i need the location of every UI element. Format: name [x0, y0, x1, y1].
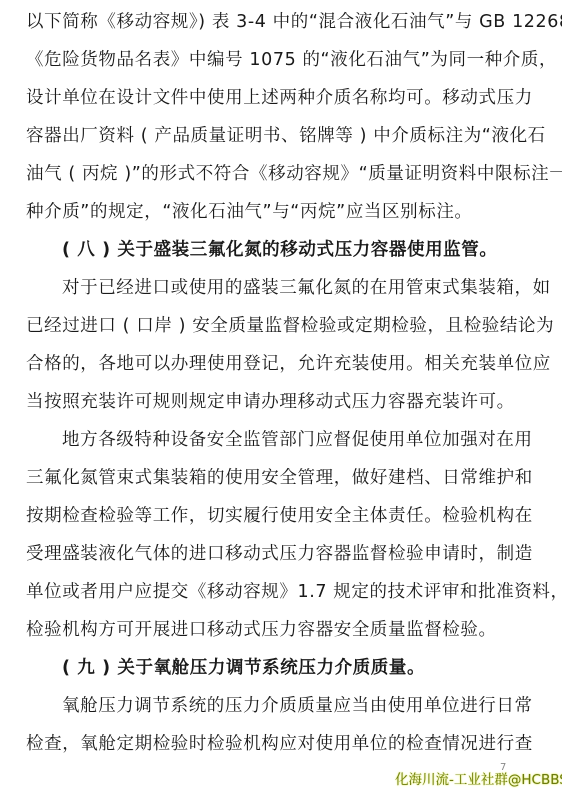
text-line: 合格的，各地可以办理使用登记，允许充装使用。相关充装单位应: [26, 352, 551, 376]
text-line: 检验机构方可开展进口移动式压力容器安全质量监督检验。: [26, 618, 497, 642]
section-heading-9: ( 九 ) 关于氧舱压力调节系统压力介质质量。: [62, 656, 425, 680]
text-line: 容器出厂资料 ( 产品质量证明书、铭牌等 ) 中介质标注为“液化石: [26, 124, 546, 148]
text-line: 氧舱压力调节系统的压力介质质量应当由使用单位进行日常: [62, 694, 533, 718]
text-line: 以下简称《移动容规》) 表 3-4 中的“混合液化石油气”与 GB 12268: [26, 10, 562, 34]
text-line: 已经过进口 ( 口岸 ) 安全质量监督检验或定期检验，且检验结论为: [26, 314, 554, 338]
text-line: 受理盛装液化气体的进口移动式压力容器监督检验申请时，制造: [26, 542, 533, 566]
text-line: 《危险货物品名表》中编号 1075 的“液化石油气”为同一种介质，: [26, 48, 557, 72]
text-line: 油气 ( 丙烷 )”的形式不符合《移动容规》“质量证明资料中限标注一: [26, 162, 562, 186]
section-heading-8: ( 八 ) 关于盛装三氟化氮的移动式压力容器使用监管。: [62, 238, 497, 262]
text-line: 当按照充装许可规则规定申请办理移动式压力容器充装许可。: [26, 390, 515, 414]
watermark: 化海川流-工业社群@HCBBS: [395, 768, 562, 788]
text-line: 检查，氧舱定期检验时检验机构应对使用单位的检查情况进行查: [26, 732, 533, 756]
text-line: 设计单位在设计文件中使用上述两种介质名称均可。移动式压力: [26, 86, 533, 110]
text-line: 按期检查检验等工作，切实履行使用安全主体责任。检验机构在: [26, 504, 533, 528]
text-line: 单位或者用户应提交《移动容规》1.7 规定的技术评审和批准资料，: [26, 580, 562, 604]
text-line: 种介质”的规定，“液化石油气”与“丙烷”应当区别标注。: [26, 200, 473, 224]
text-line: 地方各级特种设备安全监管部门应督促使用单位加强对在用: [62, 428, 533, 452]
text-line: 对于已经进口或使用的盛装三氟化氮的在用管束式集装箱，如: [62, 276, 551, 300]
text-line: 三氟化氮管束式集装箱的使用安全管理，做好建档、日常维护和: [26, 466, 533, 490]
